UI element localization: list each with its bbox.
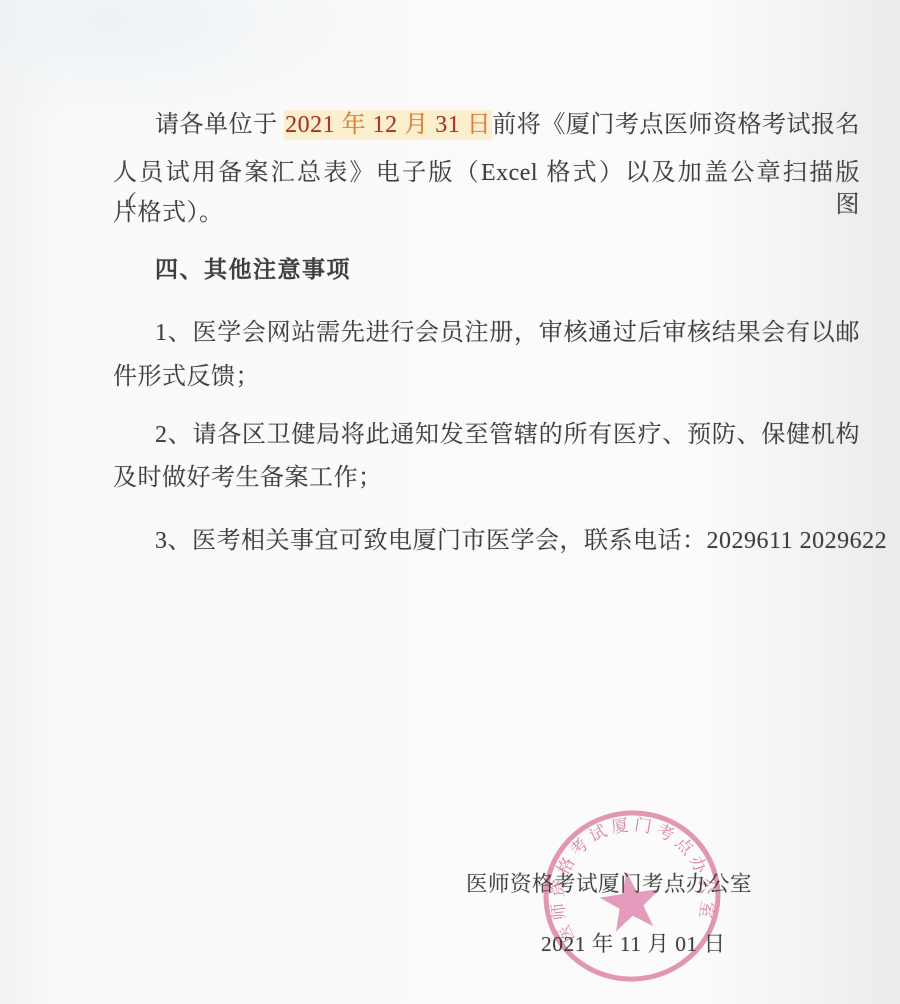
deadline-month-unit: 月 — [398, 112, 436, 138]
deadline-day-unit: 日 — [460, 112, 491, 138]
note-3-line1: 3、医考相关事宜可致电厦门市医学会，联系电话：2029611 2029622 — [113, 525, 887, 557]
issue-date: 2021 年 11 月 01 日 — [541, 928, 726, 960]
note-1-line2: 件形式反馈； — [113, 361, 260, 393]
text-segment-post: 前将《厦门考点医师资格考试报名 — [492, 112, 860, 138]
deadline-year: 2021 — [285, 112, 335, 138]
text-segment-pre: 请各单位于 — [155, 112, 284, 138]
note-2-line1: 2、请各区卫健局将此通知发至管辖的所有医疗、预防、保健机构 — [113, 419, 860, 451]
section-heading: 四、其他注意事项 — [155, 254, 351, 286]
paragraph-deadline-line1: 请各单位于 2021 年 12 月 31 日前将《厦门考点医师资格考试报名 — [113, 109, 860, 141]
paragraph-deadline-line2: 人员试用备案汇总表》电子版（Excel 格式）以及加盖公章扫描版（图 — [113, 157, 860, 189]
deadline-month: 12 — [373, 112, 398, 138]
paragraph-deadline-line3: 片格式）。 — [113, 197, 224, 229]
signature-office: 医师资格考试厦门考点办公室 — [466, 868, 752, 900]
note-2-line2: 及时做好考生备案工作； — [113, 462, 383, 494]
deadline-year-unit: 年 — [335, 112, 373, 138]
deadline-date-highlight: 2021 年 12 月 31 日 — [284, 110, 492, 140]
document-page: 请各单位于 2021 年 12 月 31 日前将《厦门考点医师资格考试报名 人员… — [0, 0, 900, 1004]
note-1-line1: 1、医学会网站需先进行会员注册，审核通过后审核结果会有以邮 — [113, 317, 860, 349]
deadline-day: 31 — [435, 112, 460, 138]
